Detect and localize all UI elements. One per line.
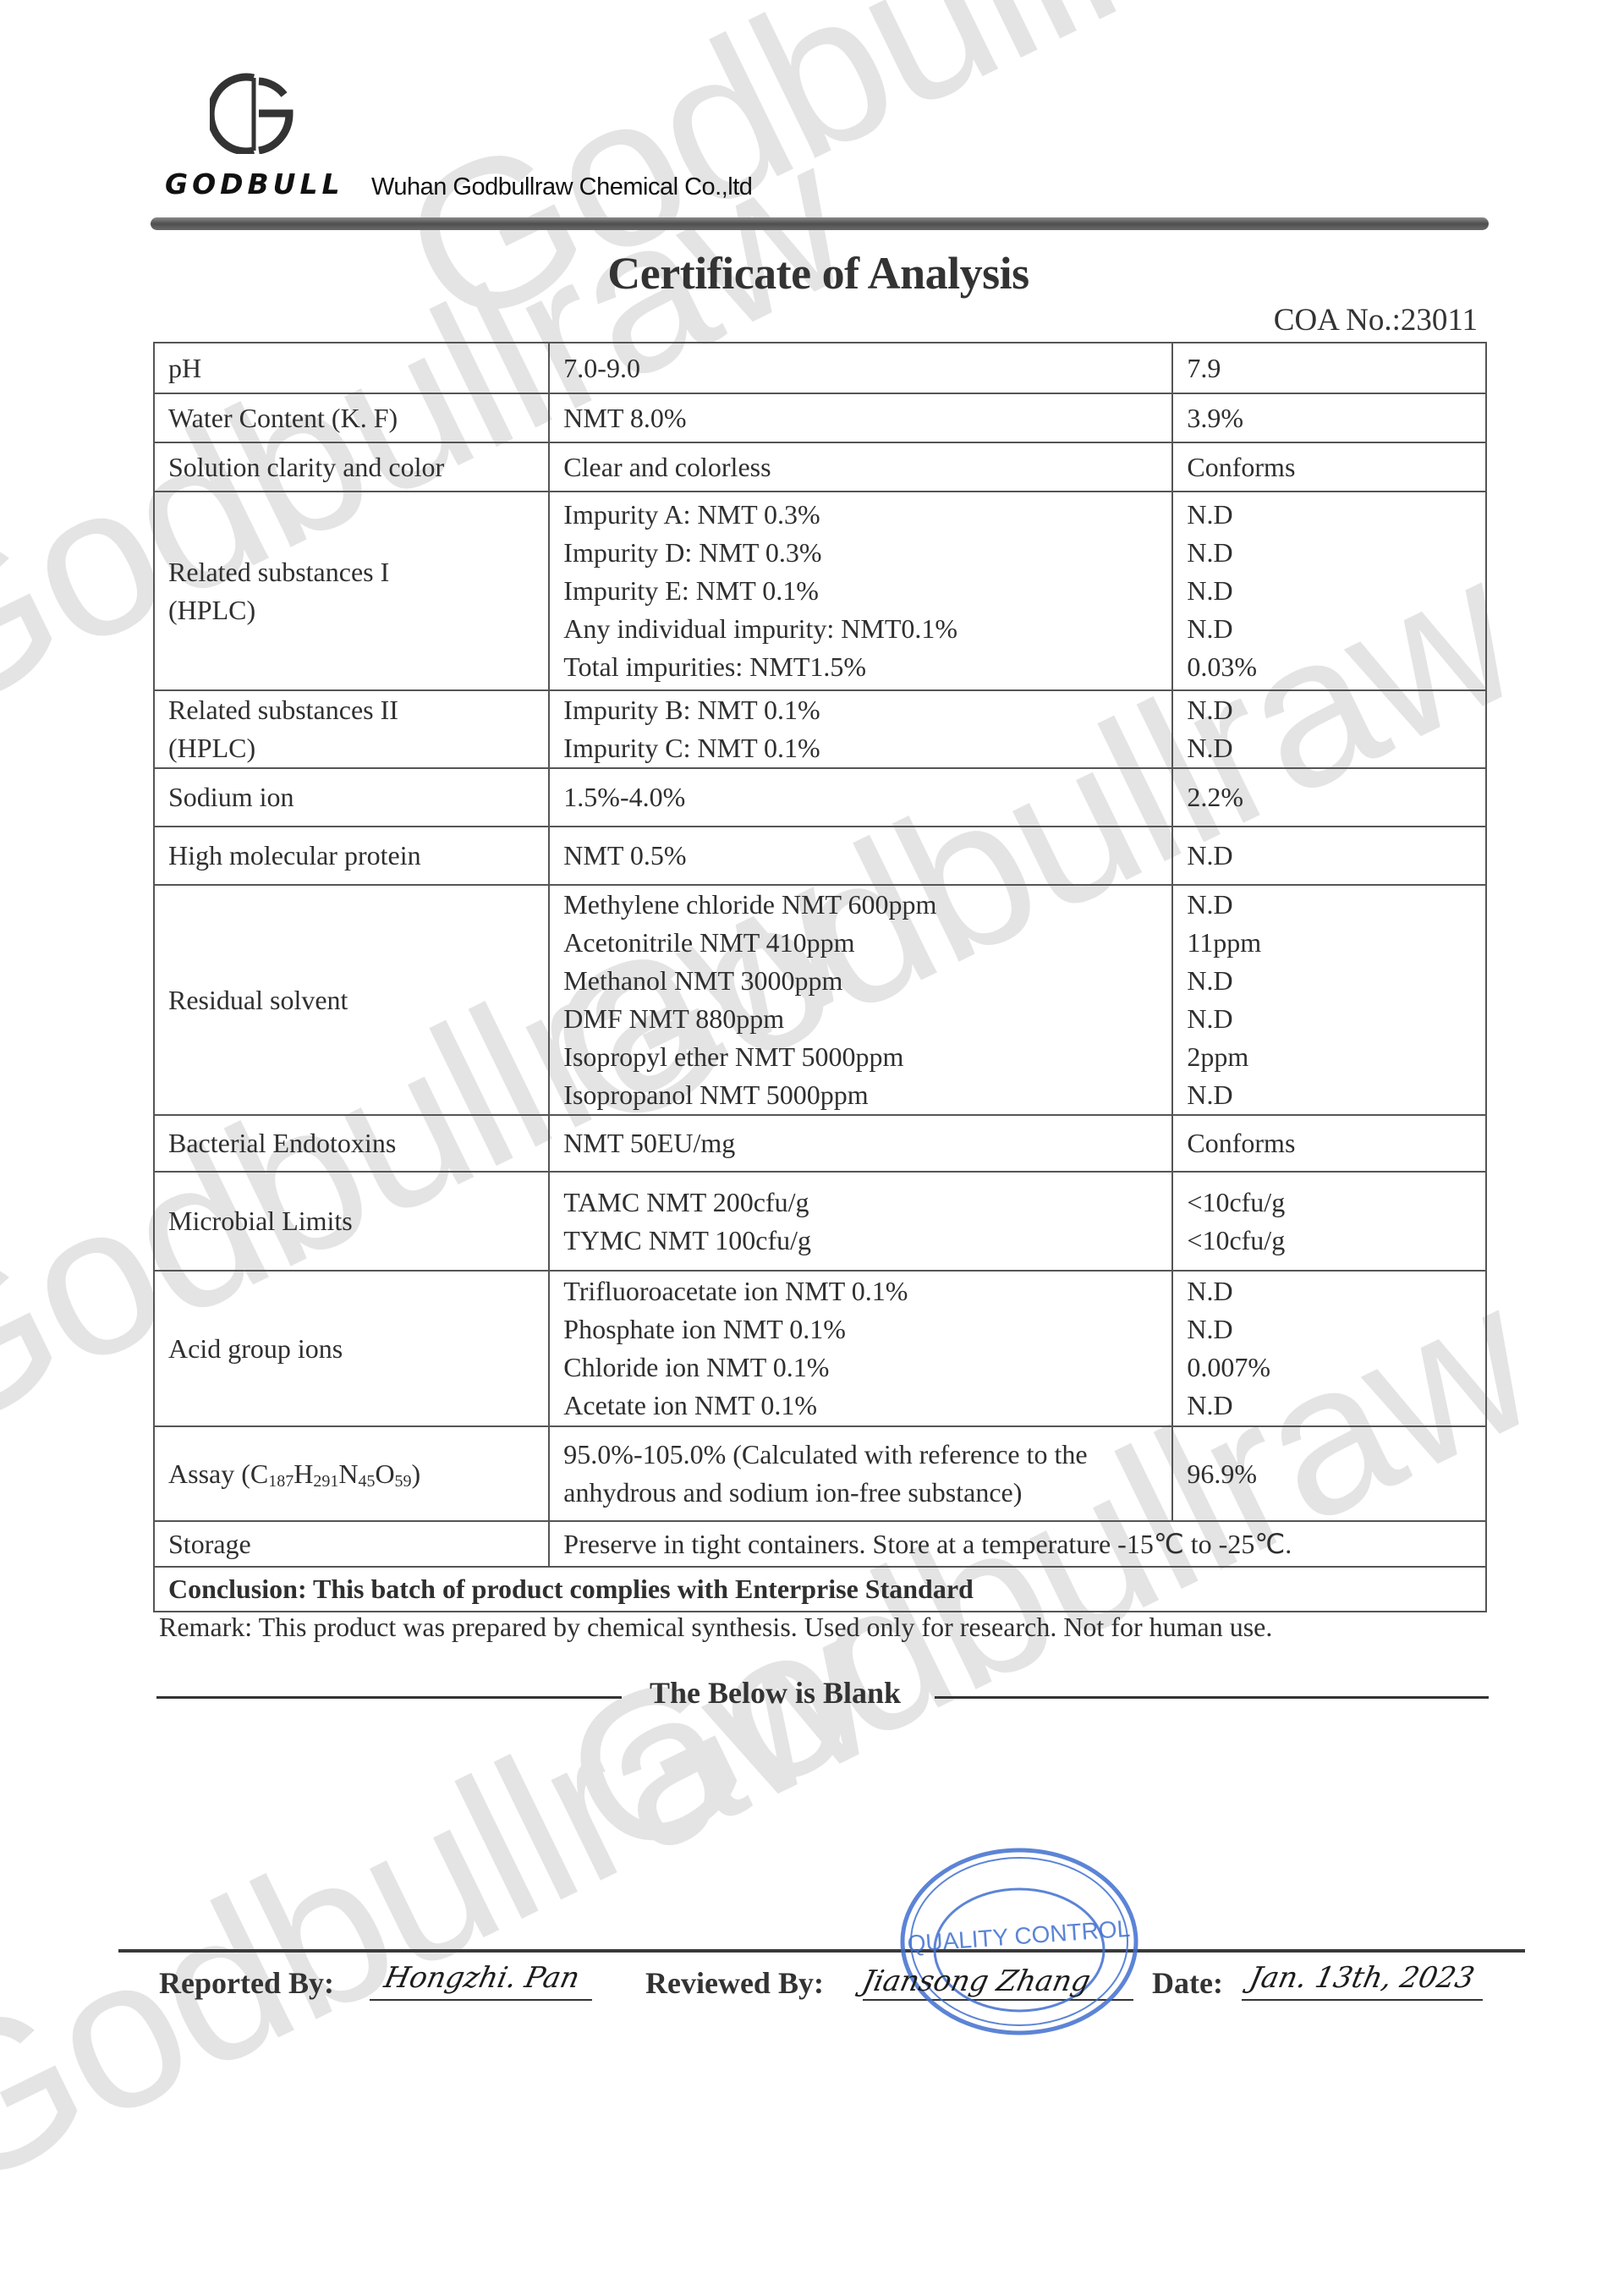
document-title: Certificate of Analysis bbox=[0, 247, 1624, 299]
reported-by-signature: Hongzhi. Pan bbox=[381, 1961, 583, 1995]
brand-name: GODBULL bbox=[165, 168, 344, 200]
reviewed-by-signature: Jiansong Zhang bbox=[859, 1964, 1094, 1998]
test-name: Related substances II (HPLC) bbox=[154, 690, 549, 768]
conclusion: Conclusion: This batch of product compli… bbox=[154, 1567, 1486, 1612]
test-name: Related substances I (HPLC) bbox=[154, 492, 549, 690]
test-name: Bacterial Endotoxins bbox=[154, 1115, 549, 1172]
test-name: Solution clarity and color bbox=[154, 442, 549, 492]
date-line bbox=[1242, 1999, 1483, 2001]
test-name: Water Content (K. F) bbox=[154, 393, 549, 442]
cell-line: N.D bbox=[1187, 572, 1472, 610]
cell-line: N.D bbox=[1187, 962, 1472, 1000]
reported-by-label: Reported By: bbox=[159, 1965, 334, 2001]
table-row: Water Content (K. F) NMT 8.0% 3.9% bbox=[154, 393, 1486, 442]
cell-line: Impurity D: NMT 0.3% bbox=[563, 534, 1158, 572]
blank-marker: The Below is Blank bbox=[650, 1675, 901, 1711]
table-row: Related substances II (HPLC) Impurity B:… bbox=[154, 690, 1486, 768]
divider bbox=[935, 1696, 1489, 1699]
cell-line: Isopropanol NMT 5000ppm bbox=[563, 1076, 1158, 1114]
reported-by-line bbox=[370, 1999, 592, 2001]
cell-line: TAMC NMT 200cfu/g bbox=[563, 1184, 1158, 1222]
watermark: Godbullraw bbox=[0, 1567, 906, 2239]
svg-text:QUALITY CONTROL: QUALITY CONTROL bbox=[907, 1915, 1132, 1957]
result: N.D11ppmN.DN.D2ppmN.D bbox=[1172, 885, 1486, 1115]
header-divider bbox=[151, 217, 1489, 230]
remark: Remark: This product was prepared by che… bbox=[159, 1612, 1272, 1643]
test-name: Storage bbox=[154, 1521, 549, 1567]
cell-line: N.D bbox=[1187, 691, 1472, 729]
coa-number: COA No.:23011 bbox=[1274, 302, 1478, 338]
specification: Methylene chloride NMT 600ppmAcetonitril… bbox=[549, 885, 1172, 1115]
cell-line: 11ppm bbox=[1187, 924, 1472, 962]
date-value: Jan. 13th, 2023 bbox=[1247, 1961, 1478, 1995]
cell-line: N.D bbox=[1187, 886, 1472, 924]
result: Conforms bbox=[1172, 442, 1486, 492]
table-row: Assay (C187H291N45O59) 95.0%-105.0% (Cal… bbox=[154, 1426, 1486, 1521]
specification: 7.0-9.0 bbox=[549, 343, 1172, 393]
cell-line: Impurity C: NMT 0.1% bbox=[563, 729, 1158, 767]
cell-line: <10cfu/g bbox=[1187, 1184, 1472, 1222]
cell-line: Acetonitrile NMT 410ppm bbox=[563, 924, 1158, 962]
cell-line: N.D bbox=[1187, 1310, 1472, 1348]
cell-line: Total impurities: NMT1.5% bbox=[563, 648, 1158, 686]
cell-line: Impurity A: NMT 0.3% bbox=[563, 496, 1158, 534]
quality-control-stamp-icon: QUALITY CONTROL bbox=[892, 1836, 1146, 2039]
cell-line: TYMC NMT 100cfu/g bbox=[563, 1222, 1158, 1260]
specification: Clear and colorless bbox=[549, 442, 1172, 492]
cell-line: 95.0%-105.0% (Calculated with reference … bbox=[563, 1436, 1158, 1474]
table-row: Related substances I (HPLC) Impurity A: … bbox=[154, 492, 1486, 690]
cell-line: Trifluoroacetate ion NMT 0.1% bbox=[563, 1272, 1158, 1310]
cell-line: DMF NMT 880ppm bbox=[563, 1000, 1158, 1038]
cell-line: N.D bbox=[1187, 729, 1472, 767]
cell-line: anhydrous and sodium ion-free substance) bbox=[563, 1474, 1158, 1512]
cell-line: Methanol NMT 3000ppm bbox=[563, 962, 1158, 1000]
table-row: pH 7.0-9.0 7.9 bbox=[154, 343, 1486, 393]
result: 7.9 bbox=[1172, 343, 1486, 393]
specification: Impurity A: NMT 0.3%Impurity D: NMT 0.3%… bbox=[549, 492, 1172, 690]
table-row: Solution clarity and color Clear and col… bbox=[154, 442, 1486, 492]
test-name: Acid group ions bbox=[154, 1271, 549, 1426]
cell-line: Isopropyl ether NMT 5000ppm bbox=[563, 1038, 1158, 1076]
cell-line: N.D bbox=[1187, 610, 1472, 648]
analysis-table: pH 7.0-9.0 7.9 Water Content (K. F) NMT … bbox=[153, 342, 1487, 1612]
table-row: High molecular protein NMT 0.5% N.D bbox=[154, 827, 1486, 885]
cell-line: N.D bbox=[1187, 1387, 1472, 1425]
specification: NMT 0.5% bbox=[549, 827, 1172, 885]
specification: Trifluoroacetate ion NMT 0.1%Phosphate i… bbox=[549, 1271, 1172, 1426]
table-row: Bacterial Endotoxins NMT 50EU/mg Conform… bbox=[154, 1115, 1486, 1172]
specification: Preserve in tight containers. Store at a… bbox=[549, 1521, 1486, 1567]
cell-line: <10cfu/g bbox=[1187, 1222, 1472, 1260]
result: Conforms bbox=[1172, 1115, 1486, 1172]
test-name: Sodium ion bbox=[154, 768, 549, 827]
cell-line: Impurity E: NMT 0.1% bbox=[563, 572, 1158, 610]
cell-line: Phosphate ion NMT 0.1% bbox=[563, 1310, 1158, 1348]
specification: NMT 8.0% bbox=[549, 393, 1172, 442]
reviewed-by-label: Reviewed By: bbox=[645, 1965, 824, 2001]
table-row: Sodium ion 1.5%-4.0% 2.2% bbox=[154, 768, 1486, 827]
result: 2.2% bbox=[1172, 768, 1486, 827]
table-row: Storage Preserve in tight containers. St… bbox=[154, 1521, 1486, 1567]
cell-line: Chloride ion NMT 0.1% bbox=[563, 1348, 1158, 1387]
cell-line: Acetate ion NMT 0.1% bbox=[563, 1387, 1158, 1425]
cell-line: N.D bbox=[1187, 1272, 1472, 1310]
result: <10cfu/g<10cfu/g bbox=[1172, 1172, 1486, 1271]
result: 96.9% bbox=[1172, 1426, 1486, 1521]
company-name: Wuhan Godbullraw Chemical Co.,ltd bbox=[371, 173, 752, 201]
cell-line: 0.007% bbox=[1187, 1348, 1472, 1387]
test-name: High molecular protein bbox=[154, 827, 549, 885]
cell-line: 2ppm bbox=[1187, 1038, 1472, 1076]
result: N.DN.DN.DN.D0.03% bbox=[1172, 492, 1486, 690]
result: N.DN.D0.007%N.D bbox=[1172, 1271, 1486, 1426]
cell-line: N.D bbox=[1187, 1076, 1472, 1114]
cell-line: N.D bbox=[1187, 534, 1472, 572]
specification: 95.0%-105.0% (Calculated with reference … bbox=[549, 1426, 1172, 1521]
cell-line: Any individual impurity: NMT0.1% bbox=[563, 610, 1158, 648]
divider bbox=[156, 1696, 622, 1699]
godbull-logo-icon bbox=[210, 73, 303, 154]
cell-line: Impurity B: NMT 0.1% bbox=[563, 691, 1158, 729]
specification: Impurity B: NMT 0.1%Impurity C: NMT 0.1% bbox=[549, 690, 1172, 768]
cell-line: N.D bbox=[1187, 496, 1472, 534]
result: N.DN.D bbox=[1172, 690, 1486, 768]
test-name: pH bbox=[154, 343, 549, 393]
table-row: Acid group ions Trifluoroacetate ion NMT… bbox=[154, 1271, 1486, 1426]
specification: NMT 50EU/mg bbox=[549, 1115, 1172, 1172]
table-row: Microbial Limits TAMC NMT 200cfu/gTYMC N… bbox=[154, 1172, 1486, 1271]
result: N.D bbox=[1172, 827, 1486, 885]
conclusion-row: Conclusion: This batch of product compli… bbox=[154, 1567, 1486, 1612]
specification: TAMC NMT 200cfu/gTYMC NMT 100cfu/g bbox=[549, 1172, 1172, 1271]
specification: 1.5%-4.0% bbox=[549, 768, 1172, 827]
test-name: Assay (C187H291N45O59) bbox=[154, 1426, 549, 1521]
signature-rule bbox=[118, 1949, 1525, 1953]
cell-line: 0.03% bbox=[1187, 648, 1472, 686]
cell-line: N.D bbox=[1187, 1000, 1472, 1038]
table-row: Residual solvent Methylene chloride NMT … bbox=[154, 885, 1486, 1115]
cell-line: Methylene chloride NMT 600ppm bbox=[563, 886, 1158, 924]
result: 3.9% bbox=[1172, 393, 1486, 442]
date-label: Date: bbox=[1152, 1965, 1223, 2001]
test-name: Microbial Limits bbox=[154, 1172, 549, 1271]
test-name: Residual solvent bbox=[154, 885, 549, 1115]
